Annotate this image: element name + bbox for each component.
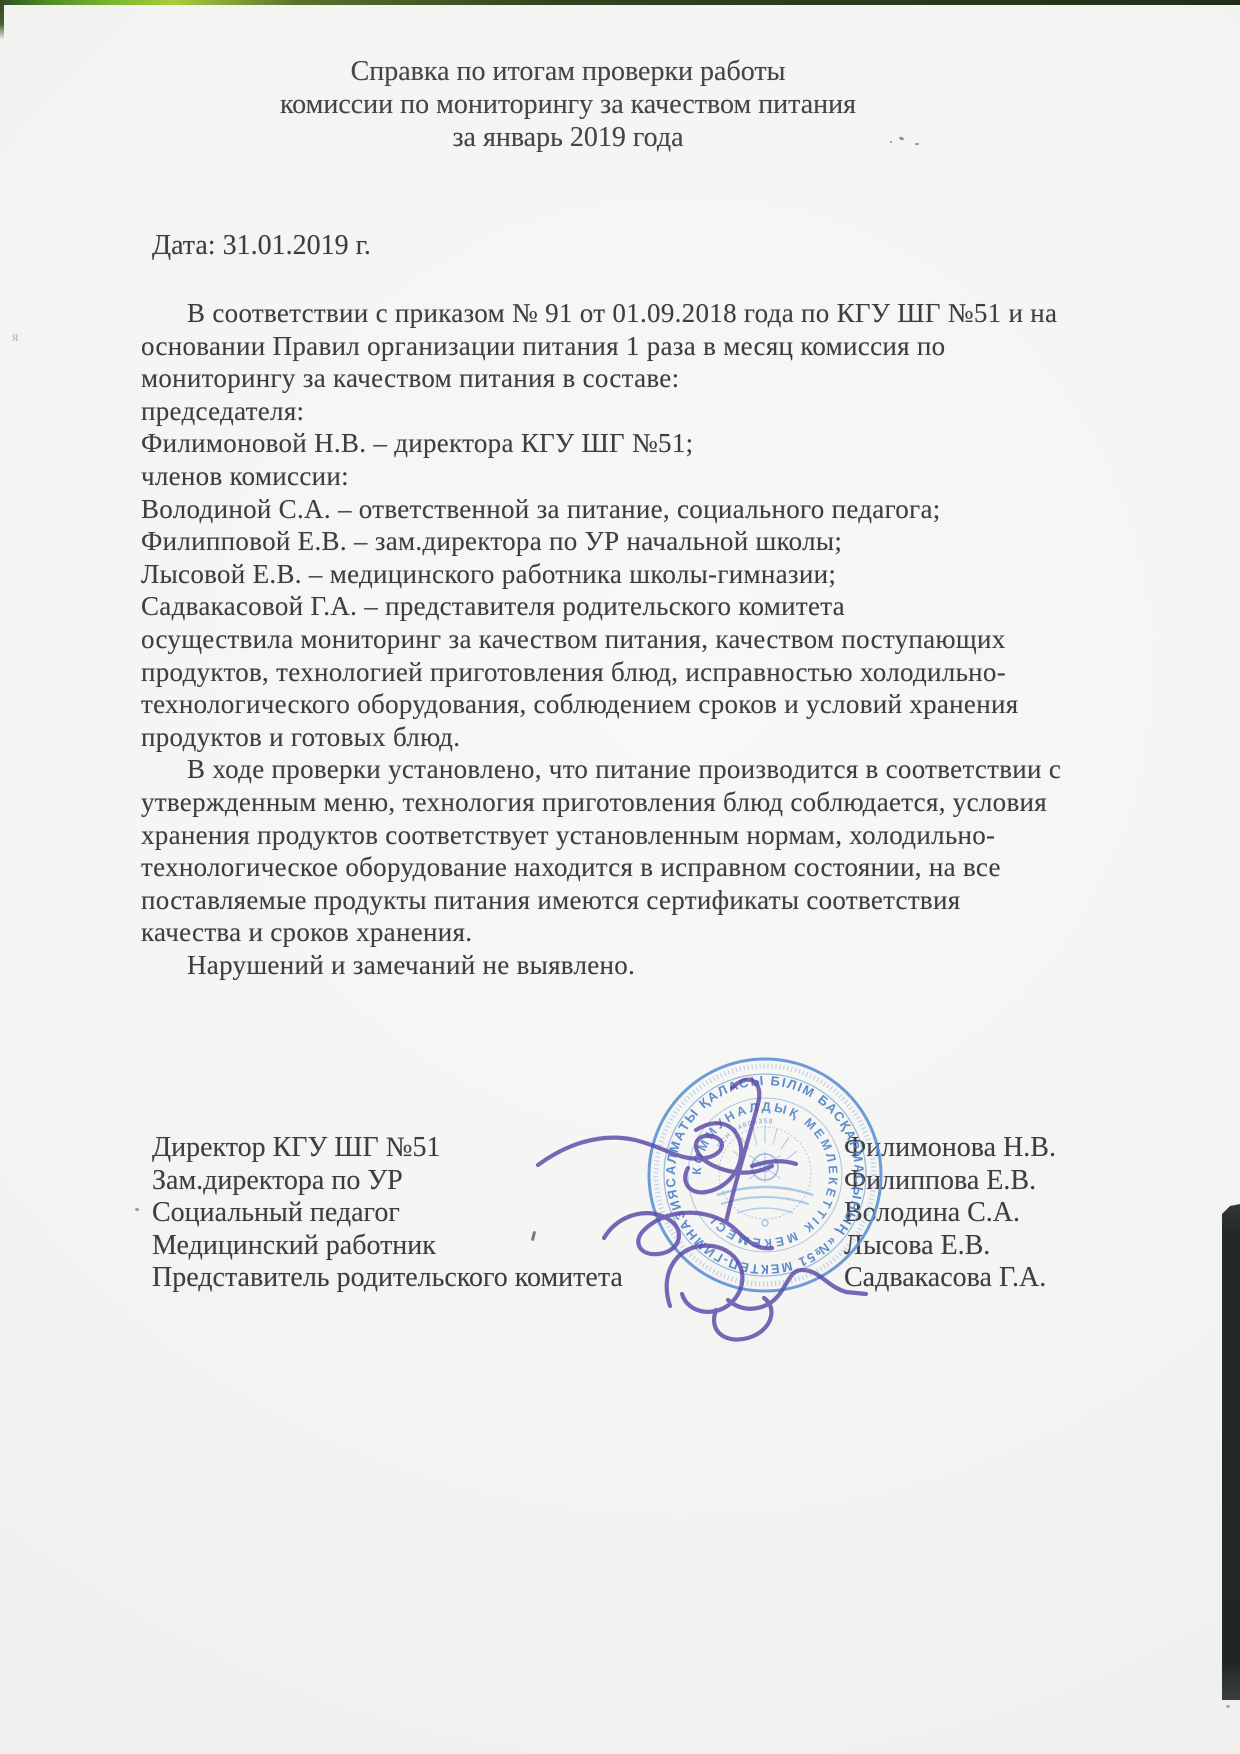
body-line: В соответствии с приказом № 91 от 01.09.…: [141, 297, 1141, 330]
body-line: осуществила мониторинг за качеством пита…: [141, 623, 1141, 656]
body-line: технологическое оборудование находится в…: [141, 851, 1141, 884]
body-line: технологического оборудования, соблюдени…: [141, 688, 1141, 721]
signatory-role: Директор КГУ ШГ №51: [152, 1132, 440, 1163]
body-line: продуктов и готовых блюд.: [141, 721, 1141, 754]
scanner-left-edge-artifact: [0, 0, 4, 40]
scan-noise-mark: я: [12, 330, 18, 346]
body-line: Филипповой Е.В. – зам.директора по УР на…: [141, 525, 1141, 558]
body-line: В ходе проверки установлено, что питание…: [141, 753, 1141, 786]
document-title-line: комиссии по мониторингу за качеством пит…: [0, 88, 1188, 121]
scanner-top-edge-artifact: [0, 0, 1240, 5]
signatory-role: Социальный педагог: [152, 1197, 400, 1228]
body-line: Нарушений и замечаний не выявлено.: [141, 949, 1141, 982]
document-date: Дата: 31.01.2019 г.: [152, 230, 371, 262]
dust-speck: [135, 1208, 139, 1211]
body-line: Володиной С.А. – ответственной за питани…: [141, 493, 1141, 526]
body-line: поставляемые продукты питания имеются се…: [141, 884, 1141, 917]
document-body: В соответствии с приказом № 91 от 01.09.…: [141, 297, 1141, 981]
body-line: продуктов, технологией приготовления блю…: [141, 656, 1141, 689]
handwritten-signatures: [520, 1070, 1000, 1350]
body-line: Филимоновой Н.В. – директора КГУ ШГ №51;: [141, 427, 1141, 460]
body-line: членов комиссии:: [141, 460, 1141, 493]
body-line: Садвакасовой Г.А. – представителя родите…: [141, 590, 1141, 623]
signatory-role: Медицинский работник: [152, 1230, 436, 1261]
body-line: хранения продуктов соответствует установ…: [141, 819, 1141, 852]
document-title: Справка по итогам проверки работыкомисси…: [0, 55, 1188, 154]
document-title-line: Справка по итогам проверки работы: [0, 55, 1188, 88]
body-line: председателя:: [141, 395, 1141, 428]
body-line: основании Правил организации питания 1 р…: [141, 330, 1141, 363]
dust-speck: [1226, 1705, 1230, 1708]
body-line: утвержденным меню, технология приготовле…: [141, 786, 1141, 819]
body-line: мониторингу за качеством питания в соста…: [141, 362, 1141, 395]
scanned-document-page: я Справка по итогам проверки работыкомис…: [0, 0, 1240, 1754]
signatory-role: Зам.директора по УР: [152, 1165, 403, 1196]
body-line: Лысовой Е.В. – медицинского работника шк…: [141, 558, 1141, 591]
document-title-line: за январь 2019 года: [0, 121, 1188, 154]
body-line: качества и сроков хранения.: [141, 916, 1141, 949]
scanner-right-black-band: [1222, 1204, 1240, 1700]
